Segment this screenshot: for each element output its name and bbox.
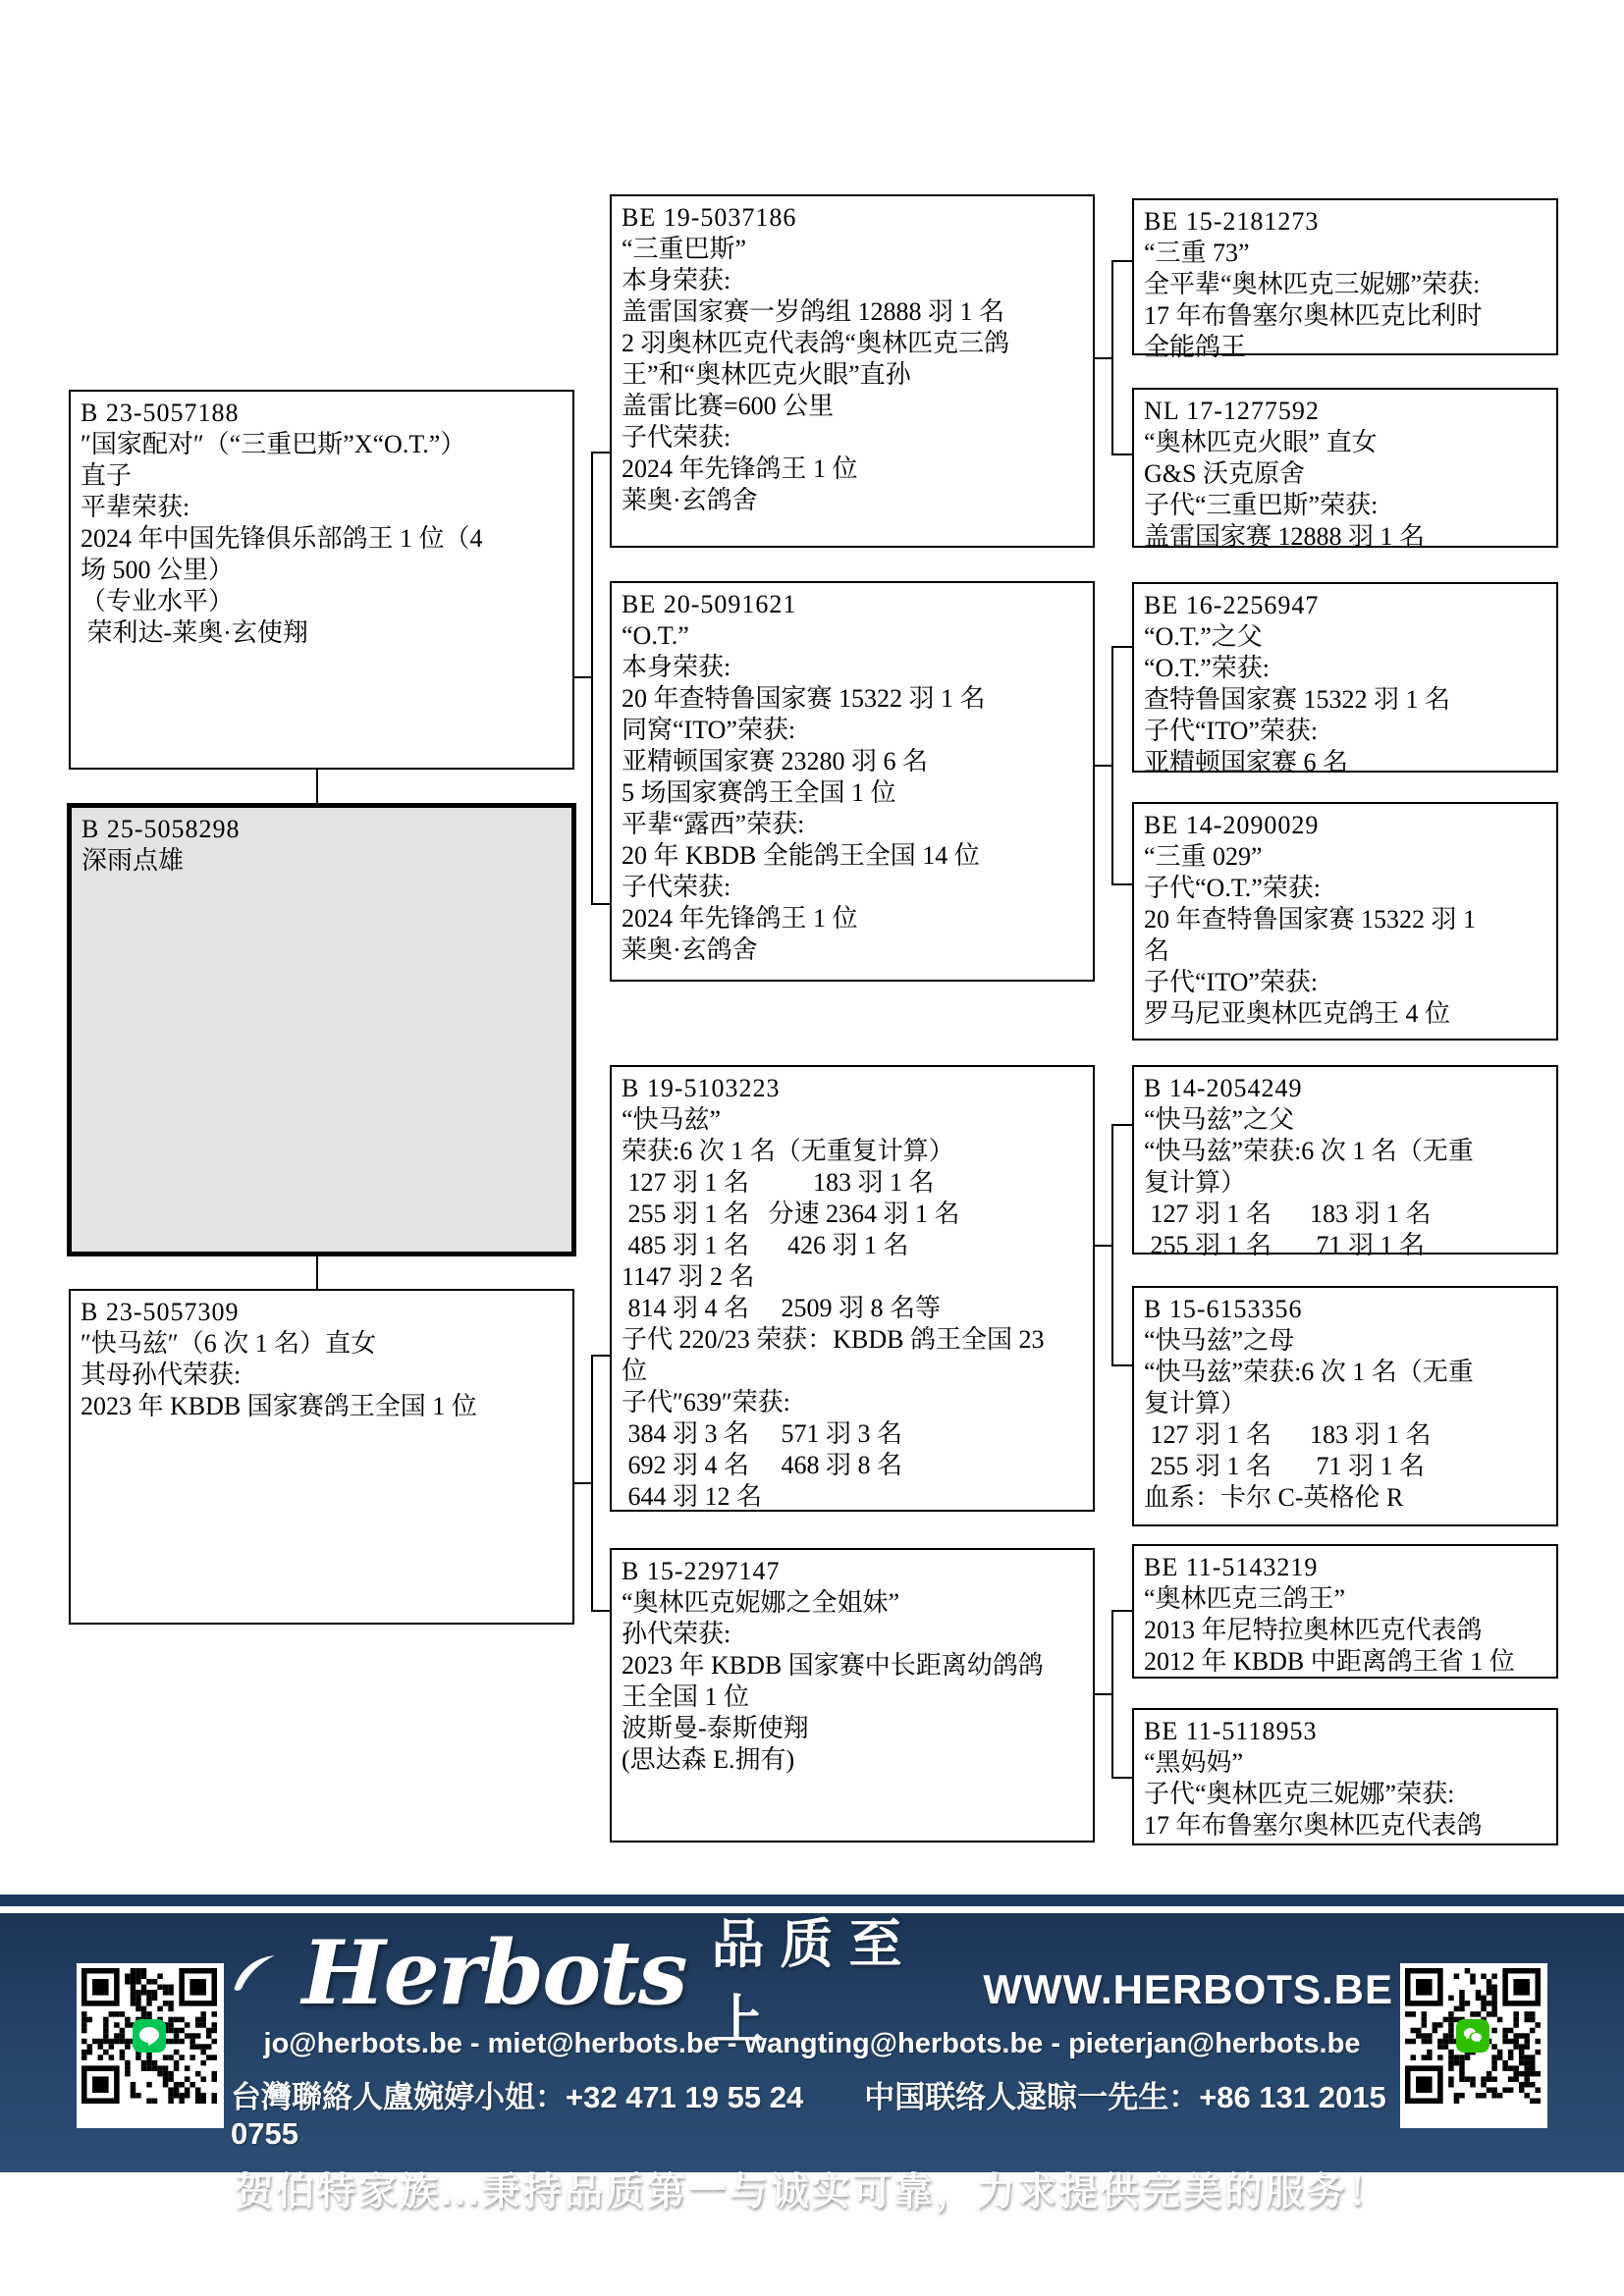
connector-line <box>316 1256 318 1291</box>
connector-line <box>1111 646 1113 885</box>
ggparent-box-4: BE 14-2090029 “三重 029” 子代“O.T.”荣获: 20 年查… <box>1132 802 1558 1041</box>
ring-number: B 15-2297147 <box>622 1556 1083 1587</box>
connector-line <box>1111 883 1132 885</box>
pedigree-text: “奥林匹克火眼” 直女 G&S 沃克原舍 子代“三重巴斯”荣获: 盖雷国家赛 1… <box>1144 427 1546 553</box>
ring-number: NL 17-1277592 <box>1144 396 1546 427</box>
connector-line <box>591 1355 610 1357</box>
ggparent-box-6: B 15-6153356 “快马兹”之母 “快马兹”荣获:6 次 1 名（无重 … <box>1132 1286 1558 1526</box>
connector-line <box>591 1610 610 1612</box>
pedigree-document: B 23-5057188 ″国家配对″（“三重巴斯”X“O.T.”） 直子 平辈… <box>0 0 1624 2296</box>
ring-number: BE 16-2256947 <box>1144 590 1546 621</box>
connector-line <box>591 1355 593 1612</box>
footer-website: WWW.HERBOTS.BE <box>983 1966 1393 2013</box>
ggparent-box-7: BE 11-5143219 “奥林匹克三鸽王” 2013 年尼特拉奥林匹克代表鸽… <box>1132 1544 1558 1679</box>
connector-line <box>1111 1124 1132 1126</box>
connector-line <box>1111 260 1113 455</box>
ggparent-box-1: BE 15-2181273 “三重 73” 全平辈“奥林匹克三妮娜”荣获: 17… <box>1132 198 1558 355</box>
ring-number: BE 14-2090029 <box>1144 810 1546 841</box>
pedigree-text: “黑妈妈” 子代“奥林匹克三妮娜”荣获: 17 年布鲁塞尔奥林匹克代表鸽 <box>1144 1747 1546 1842</box>
connector-line <box>1111 1124 1113 1366</box>
pedigree-text: “奥林匹克三鸽王” 2013 年尼特拉奥林匹克代表鸽 2012 年 KBDB 中… <box>1144 1583 1546 1678</box>
feather-icon <box>231 1951 277 1995</box>
connector-line <box>316 770 318 805</box>
line-qr-code <box>77 1963 224 2128</box>
connector-line <box>591 452 593 905</box>
ring-number: B 14-2054249 <box>1144 1073 1546 1104</box>
pedigree-text: 深雨点雄 <box>81 845 562 877</box>
ring-number: BE 11-5143219 <box>1144 1552 1546 1583</box>
connector-line <box>1111 1610 1113 1779</box>
connector-line <box>1095 1693 1112 1695</box>
line-icon <box>133 2019 166 2053</box>
wechat-icon <box>1456 2019 1489 2053</box>
connector-line <box>1111 1610 1132 1612</box>
granddam-box-2: B 15-2297147 “奥林匹克妮娜之全姐妹” 孙代荣获: 2023 年 K… <box>610 1548 1095 1842</box>
pedigree-text: “快马兹” 荣获:6 次 1 名（无重复计算） 127 羽 1 名 183 羽 … <box>622 1104 1083 1513</box>
pedigree-text: “三重 73” 全平辈“奥林匹克三妮娜”荣获: 17 年布鲁塞尔奥林匹克比利时 … <box>1144 238 1546 363</box>
ggparent-box-5: B 14-2054249 “快马兹”之父 “快马兹”荣获:6 次 1 名（无重 … <box>1132 1065 1558 1255</box>
connector-line <box>591 903 610 905</box>
connector-line <box>1111 646 1132 648</box>
ggparent-box-3: BE 16-2256947 “O.T.”之父 “O.T.”荣获: 查特鲁国家赛 … <box>1132 582 1558 773</box>
subject-box: B 25-5058298 深雨点雄 <box>67 803 576 1256</box>
connector-line <box>1111 454 1132 455</box>
sire-box: B 23-5057188 ″国家配对″（“三重巴斯”X“O.T.”） 直子 平辈… <box>69 390 574 770</box>
ring-number: B 19-5103223 <box>622 1073 1083 1104</box>
connector-line <box>1095 765 1112 767</box>
granddam-box-1: BE 20-5091621 “O.T.” 本身荣获: 20 年查特鲁国家赛 15… <box>610 581 1095 982</box>
pedigree-text: “三重巴斯” 本身荣获: 盖雷国家赛一岁鸽组 12888 羽 1 名 2 羽奥林… <box>622 234 1083 516</box>
grandsire-box-1: BE 19-5037186 “三重巴斯” 本身荣获: 盖雷国家赛一岁鸽组 128… <box>610 194 1095 548</box>
pedigree-text: “快马兹”之母 “快马兹”荣获:6 次 1 名（无重 复计算） 127 羽 1 … <box>1144 1325 1546 1514</box>
dam-box: B 23-5057309 ″快马兹″（6 次 1 名）直女 其母孙代荣获: 20… <box>69 1289 574 1625</box>
pedigree-text: “三重 029” 子代“O.T.”荣获: 20 年查特鲁国家赛 15322 羽 … <box>1144 841 1546 1030</box>
wechat-qr-code <box>1400 1963 1547 2128</box>
footer-band: Herbots 品质至上 WWW.HERBOTS.BE jo@herbots.b… <box>0 1913 1624 2172</box>
connector-line <box>1111 1777 1132 1779</box>
connector-line <box>574 1482 592 1484</box>
ring-number: BE 19-5037186 <box>622 202 1083 234</box>
herbots-logo: Herbots <box>302 1929 686 2017</box>
ggparent-box-8: BE 11-5118953 “黑妈妈” 子代“奥林匹克三妮娜”荣获: 17 年布… <box>1132 1708 1558 1845</box>
pedigree-text: ″快马兹″（6 次 1 名）直女 其母孙代荣获: 2023 年 KBDB 国家赛… <box>81 1328 563 1422</box>
ring-number: BE 20-5091621 <box>622 589 1083 620</box>
pedigree-text: ″国家配对″（“三重巴斯”X“O.T.”） 直子 平辈荣获: 2024 年中国先… <box>81 429 563 649</box>
ring-number: B 25-5058298 <box>81 814 562 845</box>
footer-slogan: 贺伯特家族...秉持品质第一与诚实可靠，力求提供完美的服务！ <box>235 2162 1389 2216</box>
pedigree-text: “O.T.”之父 “O.T.”荣获: 查特鲁国家赛 15322 羽 1 名 子代… <box>1144 621 1546 778</box>
connector-line <box>1095 1245 1112 1247</box>
grandsire-box-2: B 19-5103223 “快马兹” 荣获:6 次 1 名（无重复计算） 127… <box>610 1065 1095 1512</box>
pedigree-text: “奥林匹克妮娜之全姐妹” 孙代荣获: 2023 年 KBDB 国家赛中长距离幼鸽… <box>622 1587 1083 1776</box>
pedigree-text: “快马兹”之父 “快马兹”荣获:6 次 1 名（无重 复计算） 127 羽 1 … <box>1144 1104 1546 1261</box>
connector-line <box>591 452 610 454</box>
connector-line <box>1095 357 1112 359</box>
footer-contacts: 台灣聯絡人盧婉婷小姐：+32 471 19 55 24 中国联络人逯晾一先生：+… <box>231 2072 1393 2152</box>
ggparent-box-2: NL 17-1277592 “奥林匹克火眼” 直女 G&S 沃克原舍 子代“三重… <box>1132 388 1558 548</box>
pedigree-text: “O.T.” 本身荣获: 20 年查特鲁国家赛 15322 羽 1 名 同窝“I… <box>622 620 1083 966</box>
connector-line <box>574 676 592 678</box>
connector-line <box>1111 1364 1132 1366</box>
ring-number: BE 11-5118953 <box>1144 1716 1546 1747</box>
connector-line <box>1111 260 1132 262</box>
ring-number: B 23-5057309 <box>81 1297 563 1328</box>
ring-number: B 23-5057188 <box>81 398 563 429</box>
footer-emails: jo@herbots.be - miet@herbots.be - wangti… <box>264 2028 1361 2060</box>
ring-number: BE 15-2181273 <box>1144 206 1546 238</box>
ring-number: B 15-6153356 <box>1144 1294 1546 1325</box>
